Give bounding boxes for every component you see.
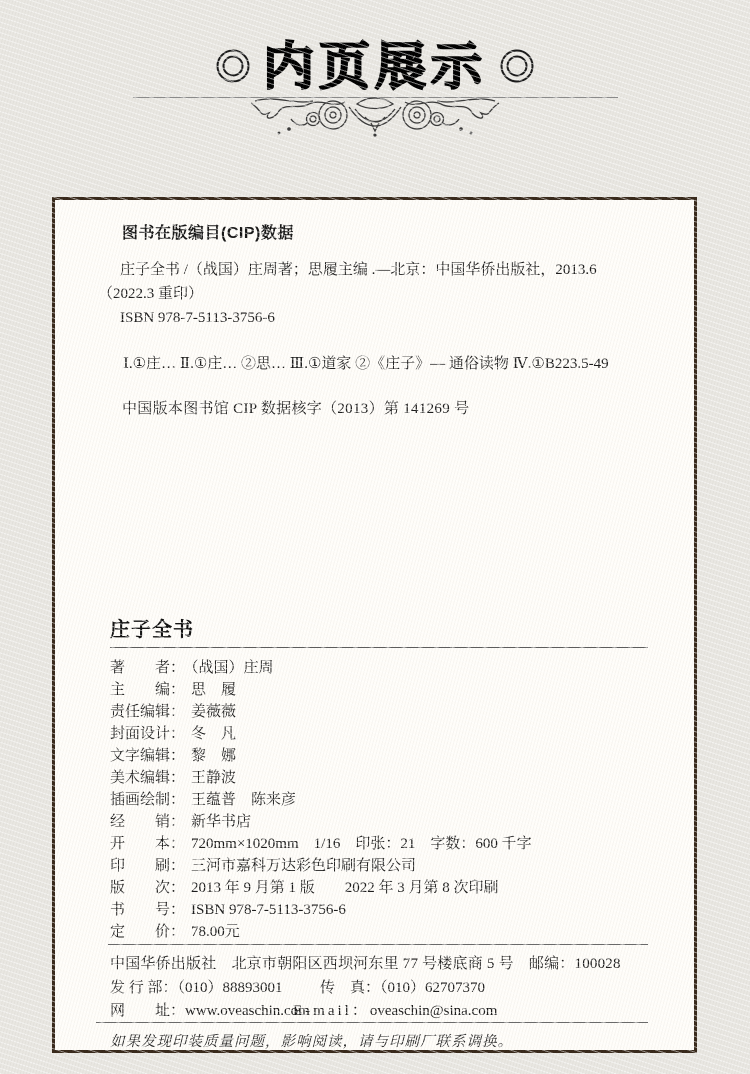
credit-row-cover-design: 封面设计：冬 凡 <box>110 723 670 745</box>
publisher-address: 中国华侨出版社 北京市朝阳区西坝河东里 77 号楼底商 5 号 邮编：10002… <box>110 952 621 973</box>
credit-value: （战国）庄周 <box>191 660 274 676</box>
scroll-ornament-icon <box>245 93 505 147</box>
credit-row-price: 定 价：78.00元 <box>110 921 670 943</box>
email-value: oveaschin@sina.com <box>370 1003 498 1019</box>
credit-label: 定 价： <box>110 924 185 940</box>
product-screenshot: { "colors":{ "background":"#e9e7e2", "pa… <box>0 0 750 1074</box>
credit-value: 新华书店 <box>191 814 251 830</box>
cip-record: 庄子全书 /（战国）庄周著；思履主编 .—北京：中国华侨出版社，2013.6 （… <box>98 258 673 330</box>
credit-row-art-editor: 美术编辑：王静波 <box>110 767 670 789</box>
double-circle-icon <box>499 48 535 84</box>
title-rule <box>110 647 648 648</box>
double-circle-icon <box>215 48 251 84</box>
cip-classification: Ⅰ.①庄… Ⅱ.①庄… ②思… Ⅲ.①道家 ②《庄子》— 通俗读物 Ⅳ.①B22… <box>123 352 683 373</box>
credit-label: 封面设计： <box>110 726 185 742</box>
credit-row-isbn: 书 号：ISBN 978-7-5113-3756-6 <box>110 899 670 921</box>
credit-label: 文字编辑： <box>110 748 185 764</box>
page-title: 内页展示 <box>263 41 487 92</box>
credit-row-distribution: 经 销：新华书店 <box>110 811 670 833</box>
credit-label: 插画绘制： <box>110 792 185 808</box>
credit-label: 经 销： <box>110 814 185 830</box>
cip-heading: 图书在版编目(CIP)数据 <box>122 220 294 243</box>
credit-row-text-editor: 文字编辑：黎 娜 <box>110 745 670 767</box>
credit-row-responsible-editor: 责任编辑：姜薇薇 <box>110 701 670 723</box>
distribution-dept: 发 行 部：（010）88893001 <box>110 980 283 996</box>
email-label: E-mail： <box>293 1003 370 1019</box>
website-value: www.oveaschin.com <box>185 1003 310 1019</box>
credit-value: 王蕴普 陈来彦 <box>191 792 296 808</box>
credit-value: 黎 娜 <box>191 748 236 764</box>
credit-label: 开 本： <box>110 836 185 852</box>
credit-row-author: 著 者：（战国）庄周 <box>110 657 670 679</box>
publisher-row-web: 网 址：www.oveaschin.com E-mail：oveaschin@s… <box>110 999 670 1020</box>
quality-notice: 如果发现印装质量问题，影响阅读，请与印刷厂联系调换。 <box>110 1030 513 1051</box>
credit-row-edition: 版 次：2013 年 9 月第 1 版 2022 年 3 月第 8 次印刷 <box>110 877 670 899</box>
credit-label: 著 者： <box>110 660 185 676</box>
credit-row-illustration: 插画绘制：王蕴普 陈来彦 <box>110 789 670 811</box>
distribution-label: 发 行 部： <box>110 980 178 996</box>
section-header: 内页展示 <box>0 34 750 98</box>
credit-value: 思 履 <box>191 682 236 698</box>
distribution-value: （010）88893001 <box>178 980 283 996</box>
cip-registry: 中国版本图书馆 CIP 数据核字（2013）第 141269 号 <box>122 397 469 418</box>
book-title: 庄子全书 <box>110 613 194 642</box>
credit-label: 版 次： <box>110 880 185 896</box>
email: E-mail：oveaschin@sina.com <box>293 999 497 1020</box>
credit-label: 主 编： <box>110 682 185 698</box>
credit-value: 78.00元 <box>191 924 240 940</box>
cip-record-line2: （2022.3 重印） <box>98 282 673 306</box>
website-label: 网 址： <box>110 1003 185 1019</box>
fax-value: （010）62707370 <box>380 980 485 996</box>
colophon-credits: 著 者：（战国）庄周 主 编：思 履 责任编辑：姜薇薇 封面设计：冬 凡 文字编… <box>110 657 670 943</box>
credit-row-chief-editor: 主 编：思 履 <box>110 679 670 701</box>
cip-record-line1: 庄子全书 /（战国）庄周著；思履主编 .—北京：中国华侨出版社，2013.6 <box>98 258 673 282</box>
credit-value: 2013 年 9 月第 1 版 2022 年 3 月第 8 次印刷 <box>191 880 499 896</box>
website: 网 址：www.oveaschin.com <box>110 1003 310 1019</box>
credit-value: 720mm×1020mm 1/16 印张：21 字数：600 千字 <box>191 836 532 852</box>
credit-row-format: 开 本：720mm×1020mm 1/16 印张：21 字数：600 千字 <box>110 833 670 855</box>
credit-label: 书 号： <box>110 902 185 918</box>
fax: 传 真：（010）62707370 <box>320 976 485 997</box>
footer-rule <box>96 1022 648 1023</box>
credit-value: 姜薇薇 <box>191 704 236 720</box>
credit-value: 三河市嘉科万达彩色印刷有限公司 <box>191 858 416 874</box>
cip-isbn-line: ISBN 978-7-5113-3756-6 <box>98 306 673 330</box>
credit-label: 责任编辑： <box>110 704 185 720</box>
publisher-row-phone: 发 行 部：（010）88893001 传 真：（010）62707370 <box>110 976 670 997</box>
credit-value: 冬 凡 <box>191 726 236 742</box>
copyright-page: 图书在版编目(CIP)数据 庄子全书 /（战国）庄周著；思履主编 .—北京：中国… <box>52 197 697 1053</box>
credit-value: ISBN 978-7-5113-3756-6 <box>191 902 346 918</box>
credit-label: 美术编辑： <box>110 770 185 786</box>
fax-label: 传 真： <box>320 980 380 996</box>
credit-value: 王静波 <box>191 770 236 786</box>
publisher-rule-top <box>108 944 648 945</box>
credit-label: 印 刷： <box>110 858 185 874</box>
credit-row-printing: 印 刷：三河市嘉科万达彩色印刷有限公司 <box>110 855 670 877</box>
